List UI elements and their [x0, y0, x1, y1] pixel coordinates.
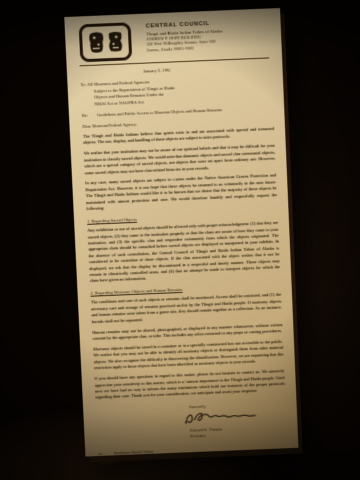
re-line: Re: Guidelines and Public Access to Muse… [82, 106, 273, 119]
letter-footer: cc: Southeast Alaska Tribes attachments [98, 443, 288, 464]
paragraph: We realize that your institution may not… [84, 143, 276, 176]
letterhead-text: CENTRAL COUNCIL Tlingit and Haida Indian… [146, 18, 224, 52]
cc-label: cc: [98, 451, 103, 456]
cc-recipients: Southeast Alaska Tribes [114, 449, 154, 456]
signature-block: Sincerely, Edward K. Thomas President [189, 400, 287, 438]
eagle-formline-glyph [106, 31, 123, 54]
paragraph: Any exhibition or use of sacred objects … [87, 220, 280, 285]
raven-formline-glyph [87, 31, 104, 54]
paragraph: The conditions and care of such objects … [91, 292, 282, 325]
letterhead: CENTRAL COUNCIL Tlingit and Haida Indian… [78, 16, 271, 62]
framed-letter-photo: CENTRAL COUNCIL Tlingit and Haida Indian… [0, 0, 360, 480]
letter-document: CENTRAL COUNCIL Tlingit and Haida Indian… [64, 8, 298, 457]
paragraph: If you should have any questions in rega… [94, 368, 285, 401]
recipient-block: To: All Museums and Federal Agencies Sub… [80, 74, 273, 108]
re-text: Guidelines and Public Access to Museum O… [97, 108, 222, 118]
re-label: Re: [82, 113, 88, 118]
paragraph: Mortuary objects should be stored in a c… [93, 339, 284, 372]
letter-date: January 5, 1994 [143, 63, 272, 73]
paragraph: In any case, many sacred objects are sub… [85, 173, 277, 213]
tribal-formline-emblem-icon [79, 22, 133, 62]
